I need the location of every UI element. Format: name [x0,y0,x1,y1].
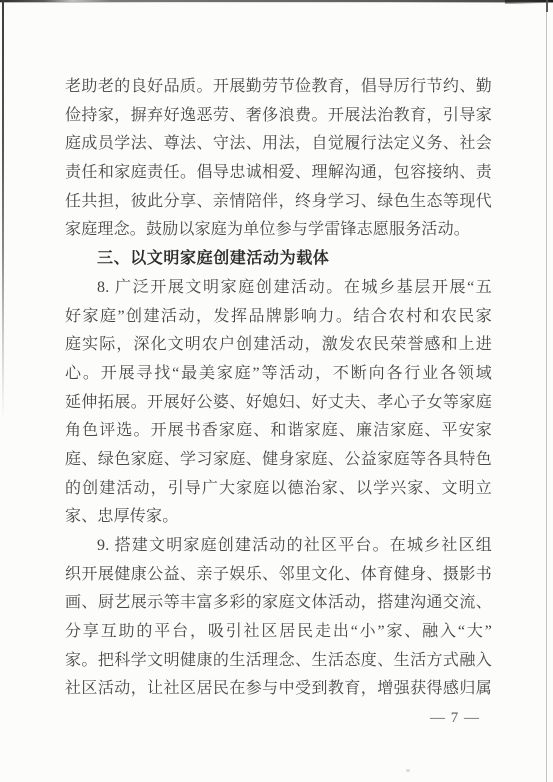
page-number: — 7 — [65,704,492,733]
text-line: 画、厨艺展示等丰富多彩的家庭文体活动，搭建沟通交流、 [65,589,492,618]
document-body: 老助老的良好品质。开展勤劳节俭教育，倡导厉行节约、勤 俭持家，摒弃好逸恶劳、奢侈… [65,73,492,733]
text-line: 家、忠厚传家。 [65,503,492,532]
scan-edge-left [2,0,4,420]
text-line: 分享互助的平台，吸引社区居民走出“小”家、融入“大” [65,618,492,647]
text-line: 的创建活动，引导广大家庭以德治家、以学兴家、文明立 [65,475,492,504]
text-line: 延伸拓展。开展好公婆、好媳妇、好丈夫、孝心子女等家庭 [65,389,492,418]
scanned-document-page: 老助老的良好品质。开展勤劳节俭教育，倡导厉行节约、勤 俭持家，摒弃好逸恶劳、奢侈… [0,0,553,782]
text-line: 好家庭”创建活动，发挥品牌影响力。结合农村和农民家 [65,303,492,332]
scan-corner-top-right [505,0,553,5]
section-heading: 三、以文明家庭创建活动为载体 [65,245,492,274]
scan-speck [406,769,410,772]
text-line: 责任和家庭责任。倡导忠诚相爱、理解沟通，包容接纳、责 [65,159,492,188]
text-line: 庭成员学法、尊法、守法、用法，自觉履行法定义务、社会 [65,130,492,159]
text-line: 庭实际，深化文明农户创建活动，激发农民荣誉感和上进 [65,331,492,360]
text-line: 家。把科学文明健康的生活理念、生活态度、生活方式融入 [65,647,492,676]
text-line: 心。开展寻找“最美家庭”等活动，不断向各行业各领域 [65,360,492,389]
paragraph-9-first-line: 9. 搭建文明家庭创建活动的社区平台。在城乡社区组 [65,532,492,561]
text-line: 老助老的良好品质。开展勤劳节俭教育，倡导厉行节约、勤 [65,73,492,102]
text-line: 俭持家，摒弃好逸恶劳、奢侈浪费。开展法治教育，引导家 [65,102,492,131]
text-line: 家庭理念。鼓励以家庭为单位参与学雷锋志愿服务活动。 [65,216,492,245]
scan-edge-top-soft [0,2,553,3]
text-line: 任共担，彼此分享、亲情陪伴，终身学习、绿色生态等现代 [65,188,492,217]
text-line: 织开展健康公益、亲子娱乐、邻里文化、体育健身、摄影书 [65,561,492,590]
scan-edge-right [546,0,547,782]
text-line: 角色评选。开展书香家庭、和谐家庭、廉洁家庭、平安家 [65,417,492,446]
text-line: 社区活动，让社区居民在参与中受到教育，增强获得感归属 [65,675,492,704]
text-line: 庭、绿色家庭、学习家庭、健身家庭、公益家庭等各具特色 [65,446,492,475]
paragraph-8-first-line: 8. 广泛开展文明家庭创建活动。在城乡基层开展“五 [65,274,492,303]
